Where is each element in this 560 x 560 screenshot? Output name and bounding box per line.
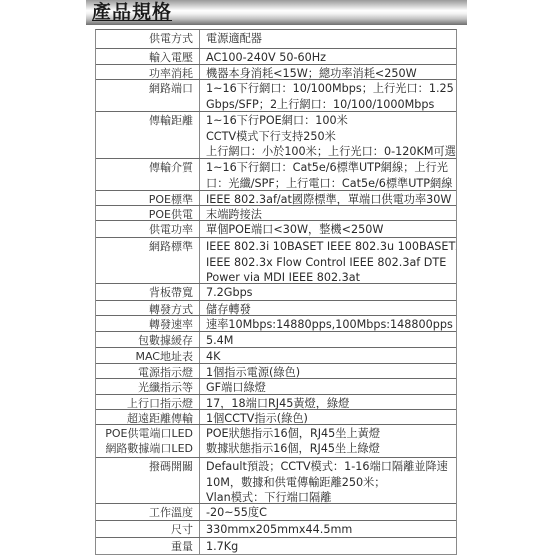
spec-value: 1~16下行網口：10/100Mbps；上行光口：1.25Gbps/SFP；2上… bbox=[200, 80, 456, 111]
spec-row: 包數據緩存5.4M bbox=[96, 331, 456, 347]
spec-label: 轉發方式 bbox=[96, 301, 200, 315]
spec-label: 包數據緩存 bbox=[96, 332, 200, 347]
spec-row: 光纖指示等GF端口綠燈 bbox=[96, 378, 456, 394]
spec-label: 尺寸 bbox=[96, 521, 200, 537]
spec-label: POE標準 bbox=[96, 191, 200, 205]
spec-value: 1個CCTV指示(綠色) bbox=[200, 410, 456, 424]
spec-label: 傳輸介質 bbox=[96, 159, 200, 190]
spec-label: POE供電端口LED bbox=[96, 425, 200, 440]
spec-value: POE狀態指示16個，RJ45坐上黃燈 bbox=[200, 425, 456, 440]
spec-value-line: 17，18端口RJ45黃燈，綠燈 bbox=[206, 396, 456, 409]
spec-row: 尺寸330mmx205mmx44.5mm bbox=[96, 520, 456, 537]
spec-value: 7.2Gbps bbox=[200, 284, 456, 300]
spec-value-line: 1個指示電源(綠色) bbox=[206, 365, 456, 378]
spec-value-line: 1~16下行網口：Cat5e/6標準UTP網線；上行光 bbox=[206, 160, 456, 176]
spec-value-line: 7.2Gbps bbox=[206, 285, 456, 300]
spec-label: 工作溫度 bbox=[96, 504, 200, 520]
spec-row: 輸入電壓AC100-240V 50-60Hz bbox=[96, 48, 456, 64]
spec-label: 轉發速率 bbox=[96, 316, 200, 331]
spec-value-line: 速率10Mbps:14880pps,100Mbps:148800pps bbox=[206, 317, 456, 331]
spec-row: POE標準IEEE 802.3af/at國際標準，單端口供電功率30W bbox=[96, 190, 456, 205]
spec-value-line: Power via MDI IEEE 802.3at bbox=[206, 270, 456, 283]
spec-value-line: POE狀態指示16個，RJ45坐上黃燈 bbox=[206, 426, 456, 440]
spec-row: 重量1.7Kg bbox=[96, 537, 456, 554]
spec-value-line: 上行網口：小於100米；上行光口：0-120KM可選 bbox=[206, 144, 456, 158]
spec-value: 末端跨接法 bbox=[200, 206, 456, 220]
spec-row: 上行口指示燈17，18端口RJ45黃燈，綠燈 bbox=[96, 394, 456, 409]
spec-label: 網路數據端口LED bbox=[96, 440, 200, 457]
spec-label: 供電方式 bbox=[96, 30, 200, 48]
spec-label: 網路端口 bbox=[96, 80, 200, 111]
spec-row: 網路端口1~16下行網口：10/100Mbps；上行光口：1.25Gbps/SF… bbox=[96, 79, 456, 111]
spec-label: POE供電 bbox=[96, 206, 200, 220]
spec-row: 背板帶寬7.2Gbps bbox=[96, 283, 456, 300]
spec-value-line: Default預設；CCTV模式：1-16端口隔離並降速 bbox=[206, 459, 456, 475]
spec-row: 網路數據端口LED數據狀態指示16個，RJ45坐上綠燈 bbox=[96, 440, 456, 457]
spec-label: 撥碼開關 bbox=[96, 458, 200, 503]
spec-row: 供電功率單個POE端口<30W，整機<250W bbox=[96, 220, 456, 237]
spec-value-line: 單個POE端口<30W，整機<250W bbox=[206, 222, 456, 237]
spec-row: POE供電端口LEDPOE狀態指示16個，RJ45坐上黃燈 bbox=[96, 424, 456, 440]
spec-value: -20~55度C bbox=[200, 504, 456, 520]
spec-value-line: 1.7Kg bbox=[206, 539, 456, 554]
spec-row: 超遠距離傳輸1個CCTV指示(綠色) bbox=[96, 409, 456, 424]
spec-value: 4K bbox=[200, 348, 456, 363]
spec-value: 1個指示電源(綠色) bbox=[200, 364, 456, 378]
spec-value-line: IEEE 802.3x Flow Control IEEE 802.3af DT… bbox=[206, 255, 456, 271]
spec-row: 電源指示燈1個指示電源(綠色) bbox=[96, 363, 456, 378]
spec-value-line: 末端跨接法 bbox=[206, 207, 456, 220]
spec-value-line: IEEE 802.3af/at國際標準，單端口供電功率30W bbox=[206, 192, 456, 205]
spec-row: 網路標準IEEE 802.3i 10BASET IEEE 802.3u 100B… bbox=[96, 237, 456, 283]
spec-value-line: 電源適配器 bbox=[206, 31, 456, 47]
spec-value: 1~16下行POE網口：100米CCTV模式下行支持250米上行網口：小於100… bbox=[200, 112, 456, 158]
spec-value-line: 10M，數據和供電傳輸距離250米； bbox=[206, 475, 456, 491]
spec-value-line: 數據狀態指示16個，RJ45坐上綠燈 bbox=[206, 441, 456, 457]
spec-label: 網路標準 bbox=[96, 238, 200, 283]
spec-value: Default預設；CCTV模式：1-16端口隔離並降速10M，數據和供電傳輸距… bbox=[200, 458, 456, 503]
spec-value: 速率10Mbps:14880pps,100Mbps:148800pps bbox=[200, 316, 456, 331]
spec-value-line: 1~16下行網口：10/100Mbps；上行光口：1.25 bbox=[206, 81, 456, 97]
spec-label: 光纖指示等 bbox=[96, 379, 200, 394]
spec-label: 重量 bbox=[96, 538, 200, 554]
section-title: 產品規格 bbox=[92, 1, 172, 23]
spec-value: 5.4M bbox=[200, 332, 456, 347]
spec-label: 輸入電壓 bbox=[96, 49, 200, 64]
spec-row: 傳輸距離1~16下行POE網口：100米CCTV模式下行支持250米上行網口：小… bbox=[96, 111, 456, 158]
spec-value: 17，18端口RJ45黃燈，綠燈 bbox=[200, 395, 456, 409]
spec-row: POE供電末端跨接法 bbox=[96, 205, 456, 220]
spec-value: GF端口綠燈 bbox=[200, 379, 456, 394]
spec-value: 電源適配器 bbox=[200, 30, 456, 48]
spec-value: 儲存轉發 bbox=[200, 301, 456, 315]
spec-value-line: 機器本身消耗<15W；總功率消耗<250W bbox=[206, 66, 456, 79]
spec-value-line: GF端口綠燈 bbox=[206, 380, 456, 394]
spec-value-line: Vlan模式：下行端口隔離 bbox=[206, 490, 456, 503]
spec-value-line: 4K bbox=[206, 349, 456, 363]
spec-label: 上行口指示燈 bbox=[96, 395, 200, 409]
spec-value: IEEE 802.3af/at國際標準，單端口供電功率30W bbox=[200, 191, 456, 205]
spec-value: AC100-240V 50-60Hz bbox=[200, 49, 456, 64]
spec-value-line: IEEE 802.3i 10BASET IEEE 802.3u 100BASET… bbox=[206, 239, 456, 255]
spec-table: 供電方式電源適配器輸入電壓AC100-240V 50-60Hz功率消耗機器本身消… bbox=[95, 29, 457, 555]
spec-row: 傳輸介質1~16下行網口：Cat5e/6標準UTP網線；上行光口：光纖/SPF；… bbox=[96, 158, 456, 190]
spec-label: 電源指示燈 bbox=[96, 364, 200, 378]
spec-value-line: Gbps/SFP；2上行網口：10/100/1000Mbps bbox=[206, 97, 456, 112]
spec-label: 功率消耗 bbox=[96, 65, 200, 79]
spec-value: 數據狀態指示16個，RJ45坐上綠燈 bbox=[200, 440, 456, 457]
spec-row: 功率消耗機器本身消耗<15W；總功率消耗<250W bbox=[96, 64, 456, 79]
spec-row: 轉發方式儲存轉發 bbox=[96, 300, 456, 315]
spec-label: 供電功率 bbox=[96, 221, 200, 237]
spec-value-line: 1~16下行POE網口：100米 bbox=[206, 113, 456, 129]
spec-value-line: 5.4M bbox=[206, 333, 456, 347]
spec-row: 轉發速率速率10Mbps:14880pps,100Mbps:148800pps bbox=[96, 315, 456, 331]
spec-value: 330mmx205mmx44.5mm bbox=[200, 521, 456, 537]
spec-value-line: -20~55度C bbox=[206, 505, 456, 520]
spec-label: MAC地址表 bbox=[96, 348, 200, 363]
spec-value-line: 儲存轉發 bbox=[206, 302, 456, 315]
spec-value-line: 1個CCTV指示(綠色) bbox=[206, 411, 456, 424]
spec-value-line: CCTV模式下行支持250米 bbox=[206, 129, 456, 145]
spec-value: 1.7Kg bbox=[200, 538, 456, 554]
spec-value: 單個POE端口<30W，整機<250W bbox=[200, 221, 456, 237]
spec-value-line: 口：光纖/SPF；上行電口：Cat5e/6標準UTP網線 bbox=[206, 176, 456, 191]
spec-value-line: 330mmx205mmx44.5mm bbox=[206, 522, 456, 537]
spec-row: 供電方式電源適配器 bbox=[96, 30, 456, 48]
spec-label: 傳輸距離 bbox=[96, 112, 200, 158]
spec-row: 撥碼開關Default預設；CCTV模式：1-16端口隔離並降速10M，數據和供… bbox=[96, 457, 456, 503]
spec-row: MAC地址表4K bbox=[96, 347, 456, 363]
spec-label: 背板帶寬 bbox=[96, 284, 200, 300]
spec-value: IEEE 802.3i 10BASET IEEE 802.3u 100BASET… bbox=[200, 238, 456, 283]
section-header: 產品規格 bbox=[86, 0, 467, 25]
spec-value: 機器本身消耗<15W；總功率消耗<250W bbox=[200, 65, 456, 79]
spec-value: 1~16下行網口：Cat5e/6標準UTP網線；上行光口：光纖/SPF；上行電口… bbox=[200, 159, 456, 190]
spec-row: 工作溫度-20~55度C bbox=[96, 503, 456, 520]
spec-value-line: AC100-240V 50-60Hz bbox=[206, 50, 456, 64]
spec-label: 超遠距離傳輸 bbox=[96, 410, 200, 424]
